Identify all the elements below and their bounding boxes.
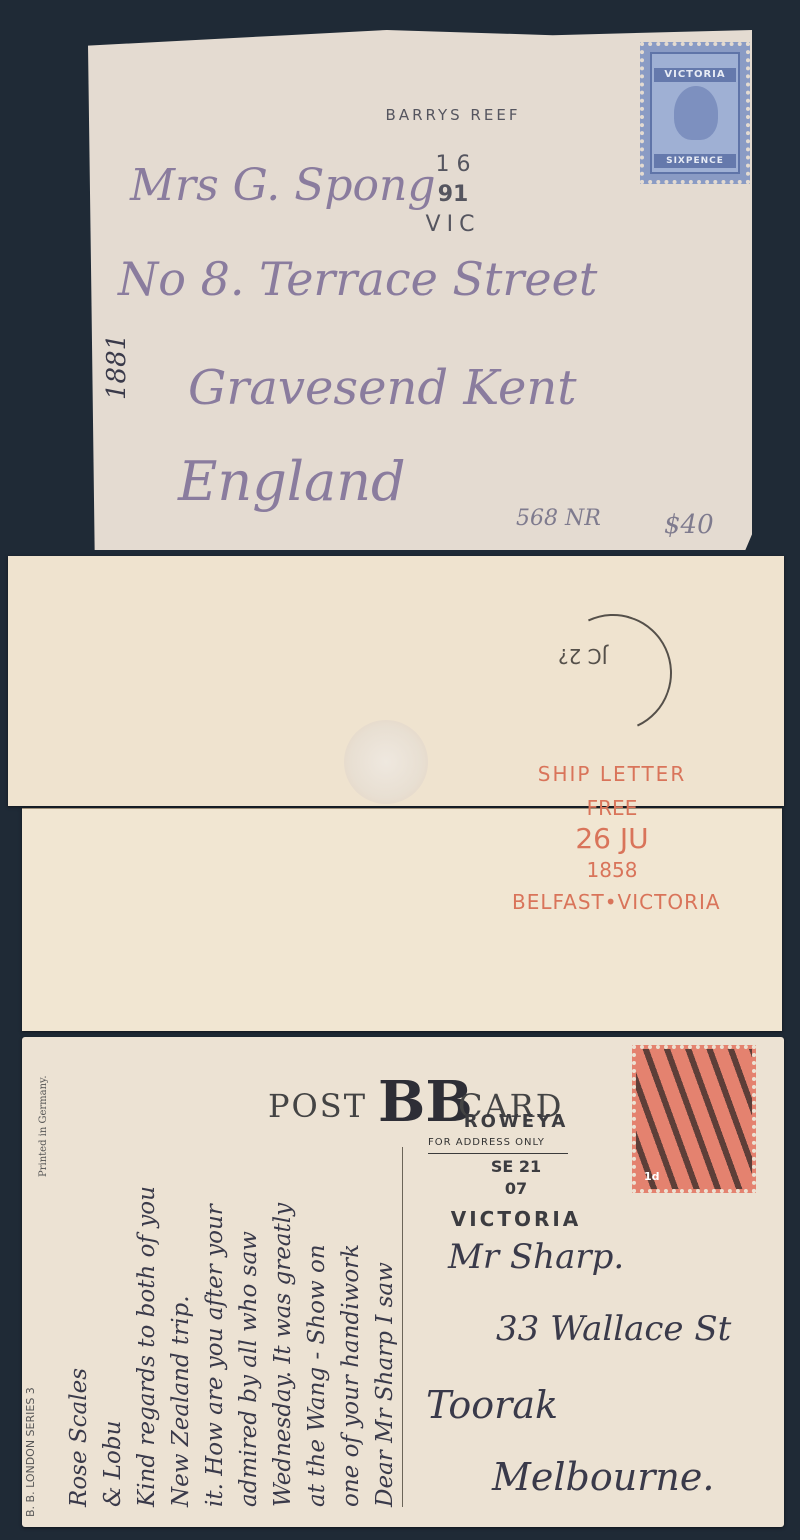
victoria-sixpence-stamp: VICTORIA SIXPENCE (640, 42, 750, 184)
address-line-1: Mrs G. Spong (130, 160, 436, 211)
dealer-price: $40 (664, 510, 714, 540)
duplex-cancel (636, 1049, 752, 1189)
address-line-3: Gravesend Kent (188, 360, 577, 416)
dealer-code: 568 NR (516, 506, 601, 531)
one-penny-stamp: 1d (632, 1045, 756, 1193)
postcard: POST BB CARD FOR ADDRESS ONLY B. B. LOND… (22, 1037, 784, 1527)
printer-line: B. B. LONDON SERIES 3 (24, 1387, 37, 1517)
margin-note: 1881 (102, 334, 132, 400)
ship-letter-postmark: SHIP LETTER FREE 26 JU 1858 BELFAST•VICT… (512, 756, 712, 924)
wax-seal (344, 720, 428, 804)
backstamp-text: JC 2? (558, 644, 608, 668)
card-divider (402, 1147, 403, 1507)
recipient-city: Melbourne. (492, 1455, 714, 1499)
recipient-street: 33 Wallace St (496, 1309, 731, 1349)
recipient-name: Mr Sharp. (448, 1237, 624, 1277)
backstamp-arc (537, 597, 688, 748)
envelope-cover: VICTORIA SIXPENCE BARRYS REEF 1 6 91 VIC… (88, 30, 752, 550)
address-line-2: No 8. Terrace Street (118, 252, 597, 306)
printed-in-germany: Printed in Germany. (38, 1075, 49, 1177)
queen-portrait-icon (674, 86, 718, 140)
recipient-suburb: Toorak (426, 1383, 558, 1427)
address-line-4: England (178, 450, 406, 513)
roweya-postmark: ROWEYA SE 21 07 VICTORIA (438, 1097, 594, 1247)
postcard-message: Rose Scales & Lobu Kind regards to both … (62, 1067, 402, 1507)
